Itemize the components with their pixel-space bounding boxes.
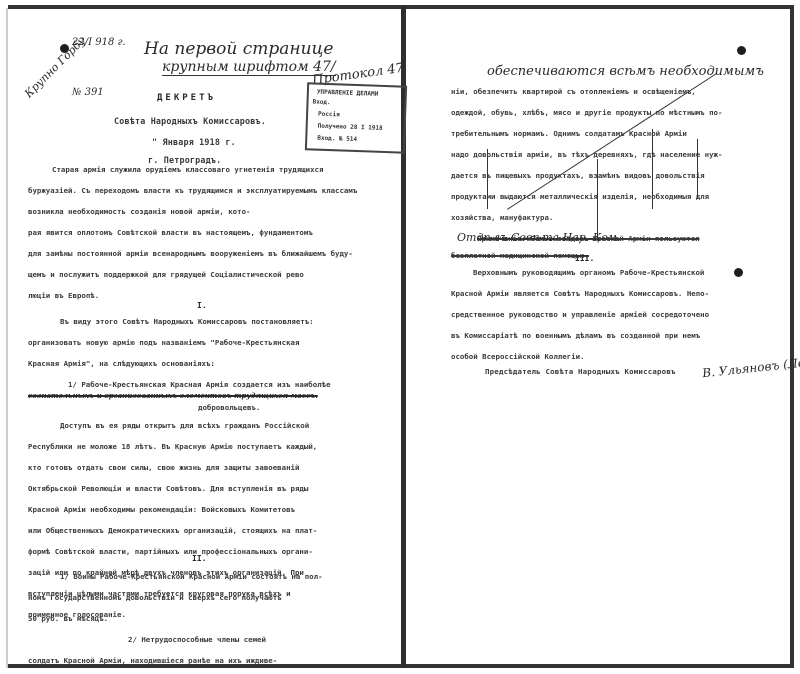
text-line: 2/ Нетрудоспособные члены семей — [28, 629, 323, 650]
registration-stamp: УПРАВЛЕНIЕ ДЕЛАМИ Вход. Россiя Получено … — [305, 82, 407, 153]
stamp-line2: Россiя — [318, 111, 340, 119]
text-line: щемъ и послужитъ поддержкой для грядущей… — [28, 264, 357, 285]
stamp-line1: Вход. — [312, 98, 330, 106]
signature-label: Предсѣдатель Совѣта Народныхъ Комиссаров… — [485, 367, 676, 376]
section-3: Верховнымъ руководящимъ органомъ Рабоче-… — [451, 262, 709, 367]
cross-out-stroke — [697, 139, 698, 199]
punch-hole-icon — [737, 46, 746, 55]
text-line: Верховнымъ руководящимъ органомъ Рабоче-… — [451, 262, 709, 283]
text-line: Республики не моложе 18 лѣтъ. Въ Красную… — [28, 436, 331, 457]
text-line: продуктами выдаются металлическiя изделi… — [451, 186, 722, 207]
stamp-line4: Вход. № 514 — [317, 135, 357, 143]
text-line: Октябрьской Революцiи и власти Совѣтовъ.… — [28, 478, 331, 499]
text-line: 50 руб. въ мѣсяцъ. — [28, 608, 323, 629]
text-line: люцiи въ Европѣ. — [28, 285, 357, 306]
stamp-title: УПРАВЛЕНIЕ ДЕЛАМИ — [317, 89, 379, 98]
decree-issuer: Совѣта Народныхъ Комиссаровъ. — [114, 116, 266, 126]
punch-hole-icon — [734, 268, 743, 277]
text-line: Красной Армiи необходимы рекомендацiи: В… — [28, 499, 331, 520]
cross-out-stroke — [652, 129, 653, 209]
text-line: дается въ пищевыхъ продуктахъ, взамѣнъ в… — [451, 165, 722, 186]
text-line: солдатъ Красной Армiи, находившiеся ранѣ… — [28, 650, 323, 671]
section-2-numeral: II. — [192, 554, 206, 563]
section-2: 1/ Воины Рабоче-Крестьянской Красной Арм… — [28, 566, 323, 671]
text-line: кто готовъ отдать свои силы, свою жизнь … — [28, 457, 331, 478]
top-instruction-line2: крупным шрифтом 47/ — [162, 59, 336, 76]
text-line: нiи, обезпечить квартирой съ отопленiемъ… — [451, 81, 722, 102]
text-line: буржуазiей. Съ переходомъ власти къ труд… — [28, 180, 357, 201]
text-line: надо довольствiя армiи, въ тѣхъ деревнях… — [451, 144, 722, 165]
text-line: Доступъ въ ея ряды открытъ для всѣхъ гра… — [28, 415, 331, 436]
left-page: 22/I 918 г. На первой странице крупным ш… — [12, 9, 400, 664]
struck-line: сознательныхъ и организованныхъ элементо… — [28, 391, 331, 401]
text-line: рая явится оплотомъ Совѣтской власти въ … — [28, 222, 357, 243]
top-handwritten-note: обеспечиваются всѣмъ необходимымъ — [487, 64, 764, 79]
text-line: особой Всероссiйской Коллегiи. — [451, 346, 709, 367]
text-line: или Общественныхъ Демократическихъ орган… — [28, 520, 331, 541]
text-line: Красная Армiя", на слѣдующихъ основанiях… — [28, 353, 331, 374]
text-line: средственное руководство и управленiе ар… — [451, 304, 709, 325]
cross-out-stroke — [487, 149, 488, 209]
text-line: номъ Государственномъ довольствiи и свер… — [28, 587, 323, 608]
text-line: Старая армiя служила орудiемъ классоваго… — [28, 159, 357, 180]
preamble: Старая армiя служила орудiемъ классоваго… — [28, 159, 357, 306]
text-line: въ Комиссарiатѣ по военнымъ дѣламъ въ со… — [451, 325, 709, 346]
stamp-line3: Получено 28 I 1918 — [318, 123, 383, 132]
text-line: добровольцевъ. — [28, 401, 331, 415]
signature: В. Ульяновъ (Ленинъ) — [702, 352, 800, 380]
right-page: обеспечиваются всѣмъ необходимымъ нiи, о… — [407, 9, 791, 664]
text-line: организовать новую армiю подъ названiемъ… — [28, 332, 331, 353]
decree-date: " Января 1918 г. — [152, 137, 236, 147]
text-line: возникла необходимость созданiя новой ар… — [28, 201, 357, 222]
text-line: требительнымъ нормамъ. Однимъ солдатамъ … — [451, 123, 722, 144]
text-line: одеждой, обувь, хлѣбъ, мясо и другiе про… — [451, 102, 722, 123]
decree-title: ДЕКРЕТЪ — [157, 93, 216, 103]
number-note: № 391 — [72, 87, 104, 98]
text-line: Въ виду этого Совѣтъ Народныхъ Комиссаро… — [28, 311, 331, 332]
text-line: формѣ Совѣтской власти, партiйныхъ или п… — [28, 541, 331, 562]
cross-out-stroke — [597, 159, 598, 239]
top-instruction-line1: На первой странице — [144, 39, 333, 59]
section-1-numeral: I. — [197, 301, 207, 310]
text-line: для замѣны постоянной армiи всенароднымъ… — [28, 243, 357, 264]
text-line: хозяйства, мануфактура. — [451, 207, 722, 228]
text-line: 1/ Рабоче-Крестьянская Красная Армiя соз… — [28, 378, 331, 391]
text-line: Красной Армiи является Совѣтъ Народныхъ … — [451, 283, 709, 304]
bottom-handwritten-note: Отдѣлъ Совѣта Нар. Ком. — [457, 231, 621, 244]
text-line: 1/ Воины Рабоче-Крестьянской Красной Арм… — [28, 566, 323, 587]
